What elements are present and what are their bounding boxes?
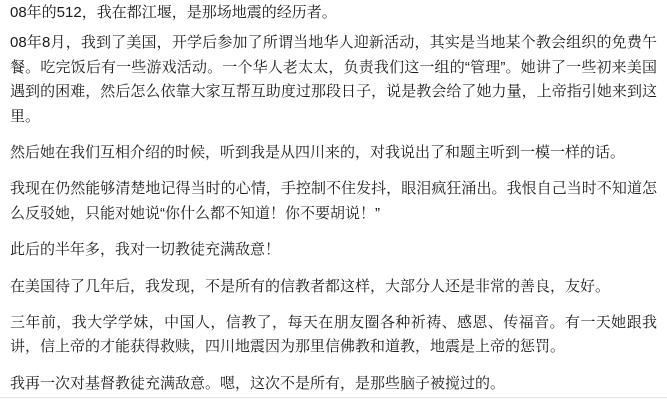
article-body: 08年的512，我在都江堰，是那场地震的经历者。 08年8月，我到了美国，开学后…	[0, 0, 667, 396]
paragraph-5: 此后的半年多，我对一切教徒充满敌意！	[10, 238, 657, 262]
paragraph-7: 三年前，我大学学妹，中国人，信教了，每天在朋友圈各种祈祷、感恩、传福音。有一天她…	[10, 311, 657, 360]
paragraph-3: 然后她在我们互相介绍的时候，听到我是从四川来的，对我说出了和题主听到一模一样的话…	[10, 141, 657, 165]
bottom-divider	[0, 397, 667, 398]
paragraph-6: 在美国待了几年后，我发现，不是所有的信教者都这样，大部分人还是非常的善良，友好。	[10, 275, 657, 299]
paragraph-8: 我再一次对基督教徒充满敌意。嗯，这次不是所有，是那些脑子被搅过的。	[10, 372, 657, 396]
paragraph-4: 我现在仍然能够清楚地记得当时的心情，手控制不住发抖，眼泪疯狂涌出。我恨自己当时不…	[10, 177, 657, 226]
paragraph-2: 08年8月，我到了美国，开学后参加了所谓当地华人迎新活动，其实是当地某个教会组织…	[10, 31, 657, 129]
paragraph-1: 08年的512，我在都江堰，是那场地震的经历者。	[10, 1, 657, 25]
